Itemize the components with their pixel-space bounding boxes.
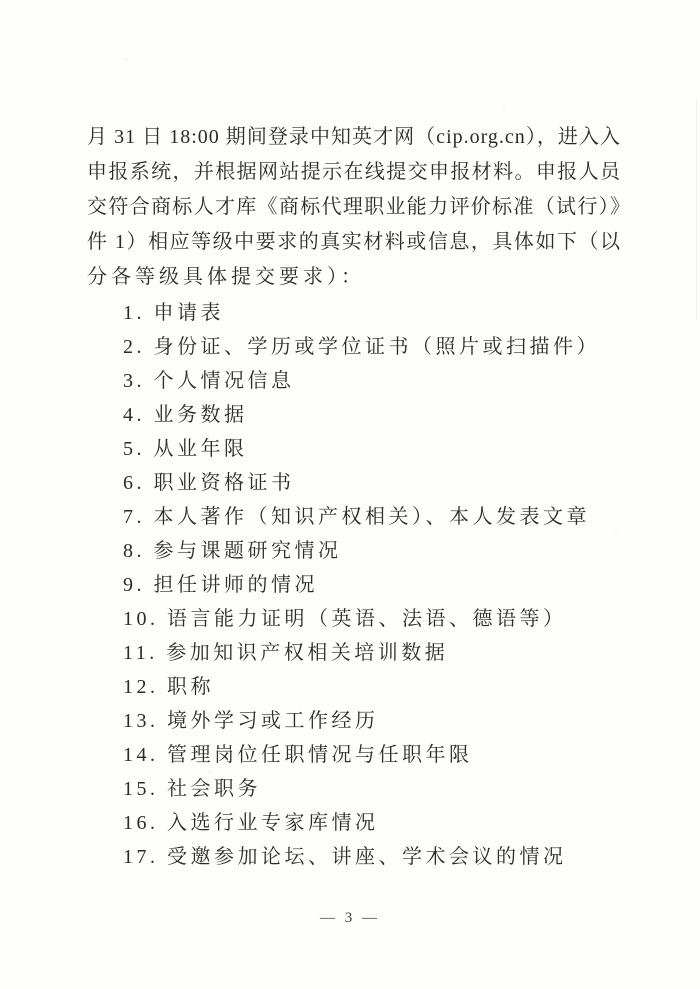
submission-materials-list: 1. 申请表 2. 身份证、学历或学位证书（照片或扫描件） 3. 个人情况信息 … bbox=[87, 296, 621, 874]
list-item: 2. 身份证、学历或学位证书（照片或扫描件） bbox=[87, 330, 621, 364]
list-item: 16. 入选行业专家库情况 bbox=[87, 806, 621, 840]
list-item: 11. 参加知识产权相关培训数据 bbox=[87, 636, 621, 670]
list-item: 3. 个人情况信息 bbox=[87, 364, 621, 398]
scanned-document-page: 月 31 日 18:00 期间登录中知英才网（cip.org.cn），进入入库 … bbox=[0, 0, 700, 989]
paragraph-line: 分各等级具体提交要求）： bbox=[87, 260, 621, 295]
paragraph-line: 件 1）相应等级中要求的真实材料或信息，具体如下（以下不区 bbox=[87, 225, 621, 260]
list-item: 12. 职称 bbox=[87, 670, 621, 704]
list-item: 1. 申请表 bbox=[87, 296, 621, 330]
list-item: 7. 本人著作（知识产权相关）、本人发表文章 bbox=[87, 500, 621, 534]
document-body: 月 31 日 18:00 期间登录中知英才网（cip.org.cn），进入入库 … bbox=[87, 120, 621, 874]
paragraph-line: 月 31 日 18:00 期间登录中知英才网（cip.org.cn），进入入库 bbox=[87, 120, 621, 155]
page-number: — 3 — bbox=[0, 910, 700, 927]
list-item: 9. 担任讲师的情况 bbox=[87, 568, 621, 602]
list-item: 13. 境外学习或工作经历 bbox=[87, 704, 621, 738]
list-item: 10. 语言能力证明（英语、法语、德语等） bbox=[87, 602, 621, 636]
list-item: 5. 从业年限 bbox=[87, 432, 621, 466]
paragraph-line: 申报系统，并根据网站提示在线提交申报材料。申报人员应当提 bbox=[87, 155, 621, 190]
list-item: 6. 职业资格证书 bbox=[87, 466, 621, 500]
list-item: 17. 受邀参加论坛、讲座、学术会议的情况 bbox=[87, 840, 621, 874]
list-item: 8. 参与课题研究情况 bbox=[87, 534, 621, 568]
list-item: 4. 业务数据 bbox=[87, 398, 621, 432]
list-item: 15. 社会职务 bbox=[87, 772, 621, 806]
list-item: 14. 管理岗位任职情况与任职年限 bbox=[87, 738, 621, 772]
intro-paragraph: 月 31 日 18:00 期间登录中知英才网（cip.org.cn），进入入库 … bbox=[87, 120, 621, 295]
scan-edge-artifact bbox=[696, 100, 697, 320]
paragraph-line: 交符合商标人才库《商标代理职业能力评价标准（试行）》（附 bbox=[87, 190, 621, 225]
